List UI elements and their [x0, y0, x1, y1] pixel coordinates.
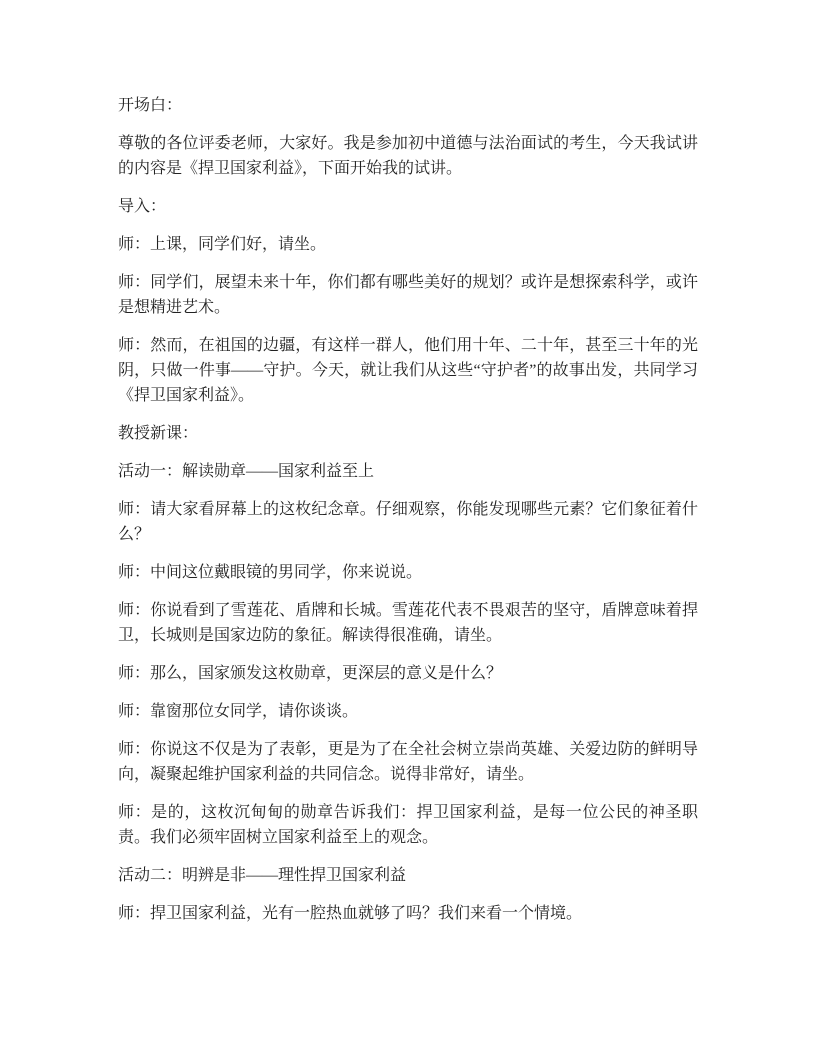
- lead-in-label: 导入：: [118, 194, 698, 219]
- opening-label: 开场白：: [118, 93, 698, 118]
- activity-2-heading: 活动二：明辨是非——理性捍卫国家利益: [118, 863, 698, 888]
- teacher-line: 师：那么，国家颁发这枚勋章，更深层的意义是什么？: [118, 661, 698, 686]
- teacher-line: 师：捍卫国家利益，光有一腔热血就够了吗？我们来看一个情境。: [118, 901, 698, 926]
- teacher-line: 师：靠窗那位女同学，请你谈谈。: [118, 699, 698, 724]
- teacher-line: 师：上课，同学们好，请坐。: [118, 232, 698, 257]
- opening-paragraph: 尊敬的各位评委老师，大家好。我是参加初中道德与法治面试的考生，今天我试讲的内容是…: [118, 131, 698, 181]
- teacher-line: 师：然而，在祖国的边疆，有这样一群人，他们用十年、二十年，甚至三十年的光阴，只做…: [118, 333, 698, 408]
- teacher-line: 师：请大家看屏幕上的这枚纪念章。仔细观察，你能发现哪些元素？它们象征着什么？: [118, 497, 698, 547]
- teacher-line: 师：你说这不仅是为了表彰，更是为了在全社会树立崇尚英雄、关爱边防的鲜明导向，凝聚…: [118, 737, 698, 787]
- teacher-line: 师：中间这位戴眼镜的男同学，你来说说。: [118, 560, 698, 585]
- activity-1-heading: 活动一：解读勋章——国家利益至上: [118, 459, 698, 484]
- teacher-line: 师：同学们，展望未来十年，你们都有哪些美好的规划？或许是想探索科学，或许是想精进…: [118, 270, 698, 320]
- document-page: 开场白： 尊敬的各位评委老师，大家好。我是参加初中道德与法治面试的考生，今天我试…: [0, 0, 816, 1056]
- teacher-line: 师：你说看到了雪莲花、盾牌和长城。雪莲花代表不畏艰苦的坚守，盾牌意味着捍卫，长城…: [118, 598, 698, 648]
- teacher-line: 师：是的，这枚沉甸甸的勋章告诉我们：捍卫国家利益，是每一位公民的神圣职责。我们必…: [118, 800, 698, 850]
- new-lesson-label: 教授新课：: [118, 421, 698, 446]
